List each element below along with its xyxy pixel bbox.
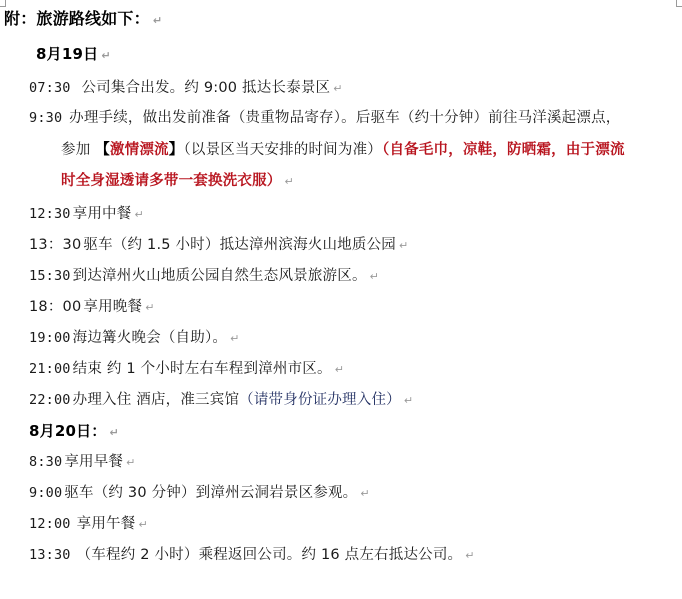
margin-corner-mark-left [0,0,6,7]
item-time: 22:00 [29,392,71,408]
paragraph-mark-icon: ↵ [404,394,413,407]
itinerary-item: 8:30享用早餐↵ [29,452,136,473]
item-time: 21:00 [29,361,71,377]
paragraph-mark-icon: ↵ [101,49,110,62]
item-time: 12:30 [29,206,71,222]
itinerary-item: 19:00海边篝火晚会（自助）。↵ [29,328,240,349]
item-time: 19:00 [29,330,71,346]
day-heading-aug-19: 8月19日↵ [36,44,111,66]
item-time: 07:30 [29,80,71,96]
paragraph-mark-icon: ↵ [110,426,119,439]
item-text: 驱车（约 1.5 小时）抵达漳州滨海火山地质公园 [83,237,396,253]
itinerary-item: 21:00结束 约 1 个小时左右车程到漳州市区。↵ [29,359,344,380]
itinerary-item-continuation: 时全身湿透请多带一套换洗衣服）↵ [61,171,294,192]
margin-corner-mark-right [676,0,682,7]
item-time: 15:30 [29,268,71,284]
item-text: 公司集合出发。约 9:00 抵达长泰景区 [81,80,330,96]
day-heading-aug-20: 8月20日：↵ [29,421,119,443]
activity-highlight: 激情漂流 [110,142,169,158]
itinerary-item: 15:30到达漳州火山地质公园自然生态风景旅游区。↵ [29,266,379,287]
itinerary-item: 18：00享用晚餐↵ [29,297,155,318]
item-time: 18：00 [29,299,81,315]
item-text: 享用午餐 [77,516,136,532]
itinerary-item: 07:30 公司集合出发。约 9:00 抵达长泰景区↵ [29,78,343,99]
itinerary-item: 12:00享用午餐↵ [29,514,148,535]
item-time: 9:00 [29,485,62,501]
itinerary-item-continuation: 参加 【激情漂流】（以景区当天安排的时间为准）（自备毛巾，凉鞋，防晒霜，由于漂流 [61,140,625,160]
itinerary-item: 13:30（车程约 2 小时）乘程返回公司。约 16 点左右抵达公司。↵ [29,545,475,566]
item-text: 享用早餐 [64,454,123,470]
item-time: 8:30 [29,454,62,470]
item-time: 13:30 [29,547,71,563]
itinerary-item: 9:00驱车（约 30 分钟）到漳州云洞岩景区参观。↵ [29,483,370,504]
itinerary-item: 12:30享用中餐↵ [29,204,144,225]
item-time: 13：30 [29,237,81,253]
item-note: （请带身份证办理入住） [239,392,401,408]
item-text: （车程约 2 小时）乘程返回公司。约 16 点左右抵达公司。 [77,547,463,563]
paragraph-mark-icon: ↵ [335,363,344,376]
document-title: 附：旅游路线如下：↵ [4,9,162,31]
paragraph-mark-icon: ↵ [360,487,369,500]
paragraph-mark-icon: ↵ [153,14,162,27]
paragraph-mark-icon: ↵ [145,301,154,314]
paragraph-mark-icon: ↵ [370,270,379,283]
item-text: 海边篝火晚会（自助）。 [73,330,227,346]
paragraph-mark-icon: ↵ [465,549,474,562]
item-text: 享用晚餐 [83,299,142,315]
paragraph-mark-icon: ↵ [138,518,147,531]
item-text: 办理入住 酒店，准三宾馆 [73,392,240,408]
item-time: 9:30 [29,110,62,126]
paragraph-mark-icon: ↵ [399,239,408,252]
item-text: 到达漳州火山地质公园自然生态风景旅游区。 [73,268,367,284]
paragraph-mark-icon: ↵ [230,332,239,345]
item-text: 享用中餐 [73,206,132,222]
paragraph-mark-icon: ↵ [333,82,342,95]
item-text: 办理手续，做出发前准备（贵重物品寄存）。后驱车（约十分钟）前往马洋溪起漂点， [69,110,620,126]
warning-note: （自备毛巾，凉鞋，防晒霜，由于漂流 [382,142,625,158]
itinerary-item: 9:30 办理手续，做出发前准备（贵重物品寄存）。后驱车（约十分钟）前往马洋溪起… [29,108,620,128]
paragraph-mark-icon: ↵ [134,208,143,221]
warning-note: 时全身湿透请多带一套换洗衣服） [61,173,282,189]
paragraph-mark-icon: ↵ [285,175,294,188]
item-text: 驱车（约 30 分钟）到漳州云洞岩景区参观。 [64,485,357,501]
itinerary-item: 22:00办理入住 酒店，准三宾馆（请带身份证办理入住）↵ [29,390,413,411]
itinerary-item: 13：30驱车（约 1.5 小时）抵达漳州滨海火山地质公园↵ [29,235,408,256]
item-time: 12:00 [29,516,71,532]
item-text: 结束 约 1 个小时左右车程到漳州市区。 [73,361,332,377]
paragraph-mark-icon: ↵ [126,456,135,469]
